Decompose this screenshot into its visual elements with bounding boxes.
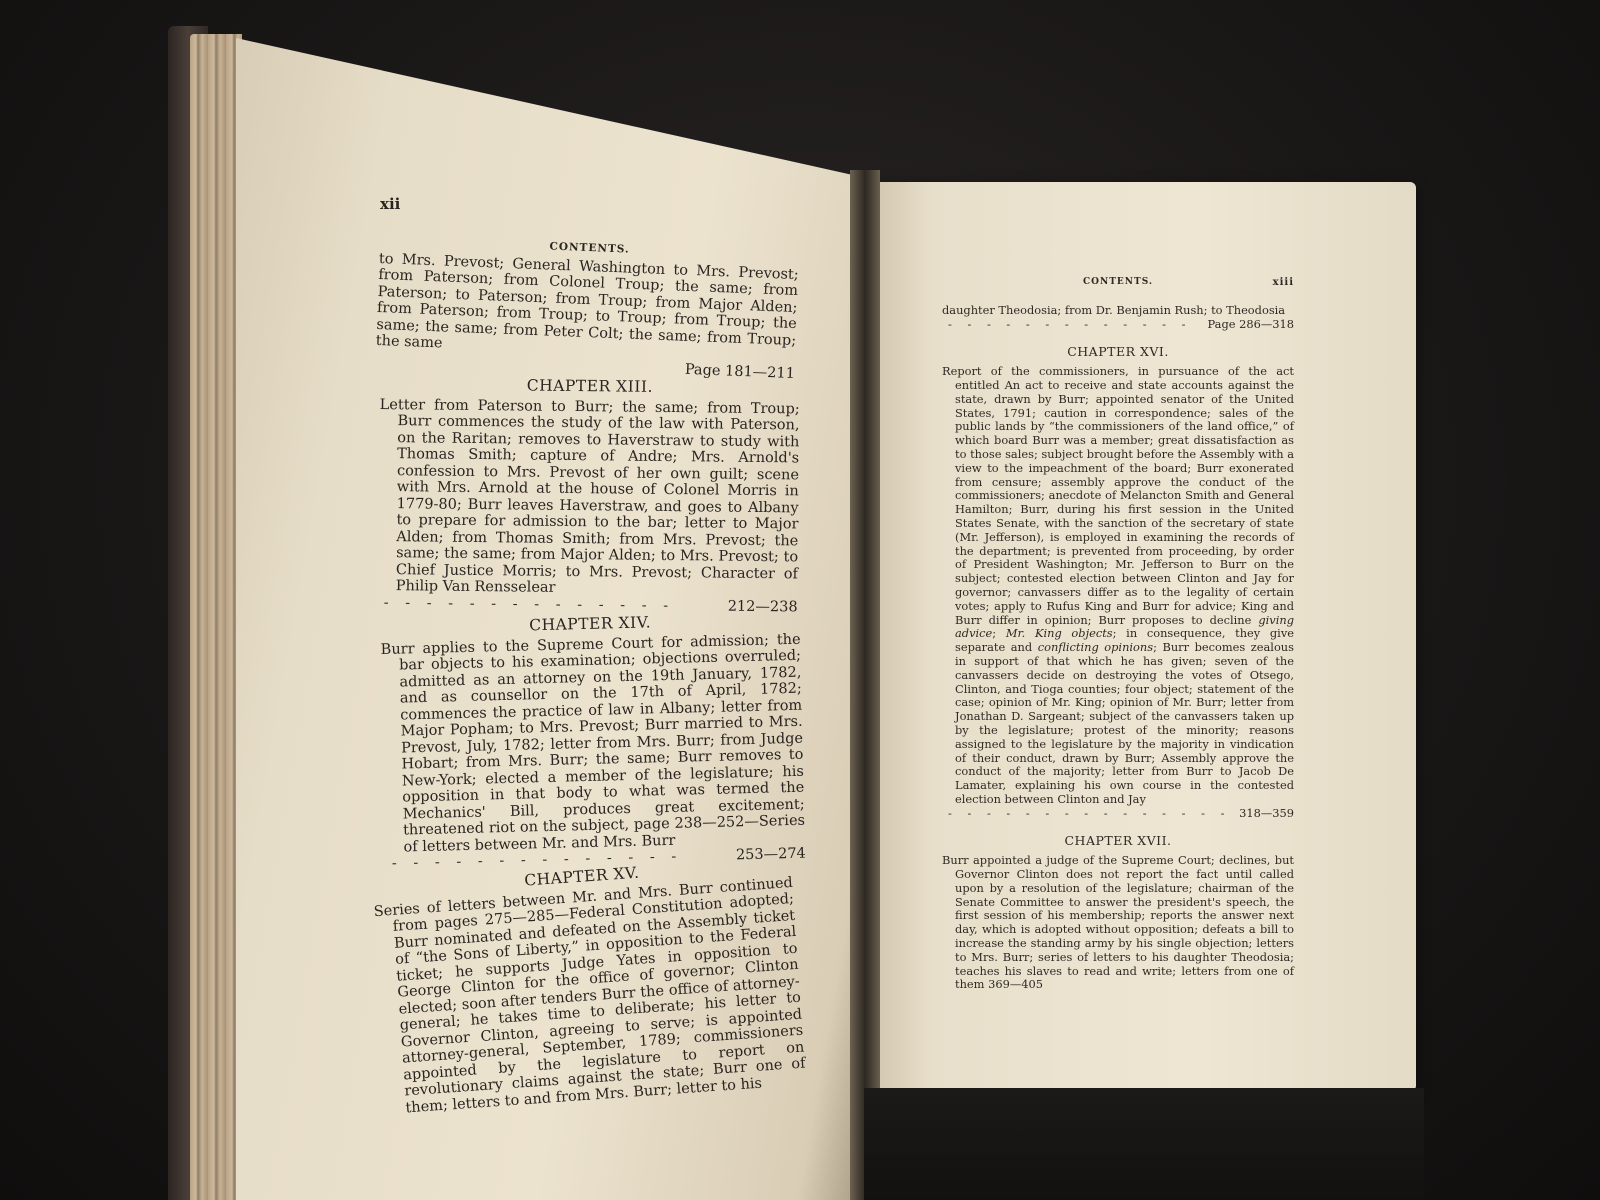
page-leader: - - - - - - - - - - - - - - - 318—359 xyxy=(942,807,1294,821)
summary-italic: Mr. King objects xyxy=(1006,626,1113,640)
page-range: 369—405 xyxy=(988,977,1043,991)
page-number-left: xii xyxy=(380,196,400,213)
summary-italic: conflicting opinions xyxy=(1038,640,1153,654)
continuation-entry: to Mrs. Prevost; General Washington to M… xyxy=(375,250,798,365)
running-head-right: CONTENTS. xiii xyxy=(942,276,1294,290)
summary-text: Report of the commissioners, in pursuanc… xyxy=(942,364,1294,626)
page-range: Page 286—318 xyxy=(1208,318,1294,332)
page-leader: - - - - - - - - - - - - - Page 286—318 xyxy=(942,318,1294,332)
book-gutter xyxy=(850,170,880,1200)
right-page-text: CONTENTS. xiii daughter Theodosia; from … xyxy=(942,276,1294,992)
summary-text: ; Burr becomes zealous in support of tha… xyxy=(955,640,1294,806)
summary-text: ; xyxy=(992,626,1006,640)
summary-text: Burr appointed a judge of the Supreme Co… xyxy=(942,853,1294,991)
shadow xyxy=(864,1088,1424,1200)
left-page-text: xii CONTENTS. to Mrs. Prevost; General W… xyxy=(380,196,800,1118)
chapter-heading: CHAPTER XVII. xyxy=(942,834,1294,848)
chapter-summary: Burr applies to the Supreme Court for ad… xyxy=(381,631,806,856)
page-number-right: xiii xyxy=(1273,276,1294,290)
chapter-summary: Burr appointed a judge of the Supreme Co… xyxy=(942,854,1294,992)
open-book: xii CONTENTS. to Mrs. Prevost; General W… xyxy=(0,0,1600,1200)
page-range: 318—359 xyxy=(1239,807,1294,821)
continuation-entry: daughter Theodosia; from Dr. Benjamin Ru… xyxy=(942,304,1294,318)
chapter-summary: Report of the commissioners, in pursuanc… xyxy=(942,365,1294,807)
chapter-summary: Letter from Paterson to Burr; the same; … xyxy=(378,396,800,598)
chapter-heading: CHAPTER XVI. xyxy=(942,345,1294,359)
chapter-summary: Series of letters between Mr. and Mrs. B… xyxy=(373,874,807,1117)
chapter-heading: CHAPTER XIII. xyxy=(380,376,800,397)
running-head-label: CONTENTS. xyxy=(1083,277,1153,287)
page-edges xyxy=(190,34,242,1200)
